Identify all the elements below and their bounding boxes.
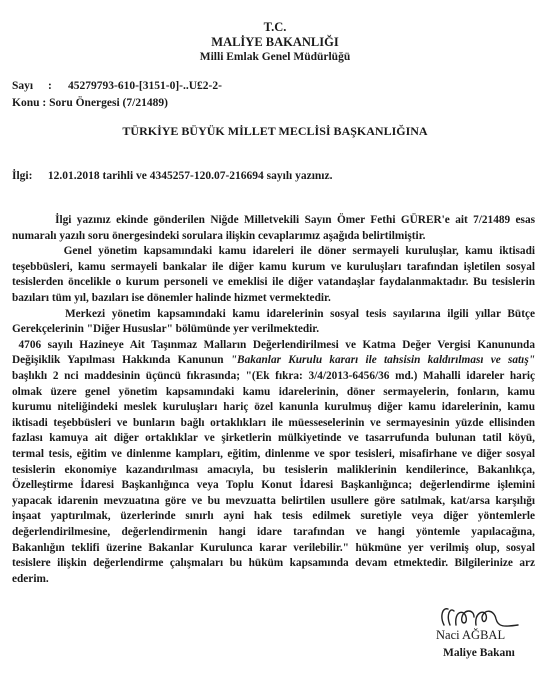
ilgi-value: 12.01.2018 tarihli ve 4345257-120.07-216… [48, 170, 333, 182]
subject-line: Konu : Soru Önergesi (7/21489) [12, 97, 168, 109]
body-text: Değişiklik Yapılması Hakkında Kanunun [12, 354, 231, 366]
body-line: Gerekçelerinin "Diğer Hususlar" bölümünd… [12, 321, 535, 337]
body-line: tesislerden öncelikle o kurum personeli … [12, 274, 535, 290]
sayi-colon: : [48, 80, 68, 92]
document-page: T.C. MALİYE BAKANLIĞI Milli Emlak Genel … [0, 0, 550, 673]
sayi-value: 45279793-610-[3151-0]-..U£2-2- [68, 80, 222, 92]
law-title-italic: "Bakanlar Kurulu kararı ile tahsisin kal… [231, 354, 535, 366]
body-line: ederim. [12, 571, 535, 587]
body-line: 4706 sayılı Hazineye Ait Taşınmaz Mallar… [12, 337, 535, 353]
header-tc: T.C. [0, 20, 550, 35]
body-line: Genel yönetim kapsamındaki kamu idareler… [12, 243, 535, 259]
body-line: Özelleştirme İdaresi Başkanlığınca veya … [12, 477, 535, 493]
header-directorate: Milli Emlak Genel Müdürlüğü [0, 51, 550, 63]
body-line: numaralı yazılı soru önergesindeki sorul… [12, 228, 535, 244]
body-line: teşebbüsleri, kamu sermayeli bankalar il… [12, 259, 535, 275]
body-line: değerlendirilmesine, değerlendirmenin ha… [12, 524, 535, 540]
body-line: fazlası kamuya ait diğer ortaklıklar ve … [12, 430, 535, 446]
reference-line: İlgi: 12.01.2018 tarihli ve 4345257-120.… [12, 170, 332, 182]
body-line: olmak üzere genel yönetim kapsamındaki k… [12, 384, 535, 400]
signatory-name: Naci AĞBAL [436, 628, 505, 643]
signatory-title: Maliye Bakanı [443, 647, 515, 659]
body-line: tesislere ilişkin değerlendirme çalışmal… [12, 555, 535, 571]
sayi-label: Sayı [12, 80, 48, 92]
signature-scribble-icon [438, 603, 520, 631]
header-ministry: MALİYE BAKANLIĞI [0, 35, 550, 50]
body-line: Değişiklik Yapılması Hakkında Kanunun "B… [12, 352, 535, 368]
body-line: termal tesis, eğitim ve dinlenme kamplar… [12, 446, 535, 462]
ilgi-label: İlgi: [12, 170, 45, 182]
body-line: inşaat yaptırılmak, üzerlerinde sınırlı … [12, 508, 535, 524]
body-line: bazıları tüm yıl, bazıları ise dönemler … [12, 290, 535, 306]
body-line: Merkezi yönetim kapsamındaki kamu idarel… [12, 306, 535, 322]
addressee: TÜRKİYE BÜYÜK MİLLET MECLİSİ BAŞKANLIĞIN… [0, 124, 550, 139]
body-line: tesislerin ekonomiye kazandırılması amac… [12, 462, 535, 478]
reference-number: Sayı:45279793-610-[3151-0]-..U£2-2- [12, 80, 222, 92]
body-line: İlgi yazınız ekinde gönderilen Niğde Mil… [12, 212, 535, 228]
body-line: Bakanlığın teklifi üzerine Bakanlar Kuru… [12, 540, 535, 556]
body-line: yapacak idarenin mevzuatına göre ve bu m… [12, 493, 535, 509]
konu-label: Konu [12, 97, 40, 109]
body-line: başlıklı 2 nci maddesinin üçüncü fıkrası… [12, 368, 535, 384]
body-line: kurumu niteliğindeki meslek kuruluşları … [12, 399, 535, 415]
konu-value: : Soru Önergesi (7/21489) [42, 97, 168, 109]
body-line: iktisadi teşebbüsleri ve bunların bağlı … [12, 415, 535, 431]
